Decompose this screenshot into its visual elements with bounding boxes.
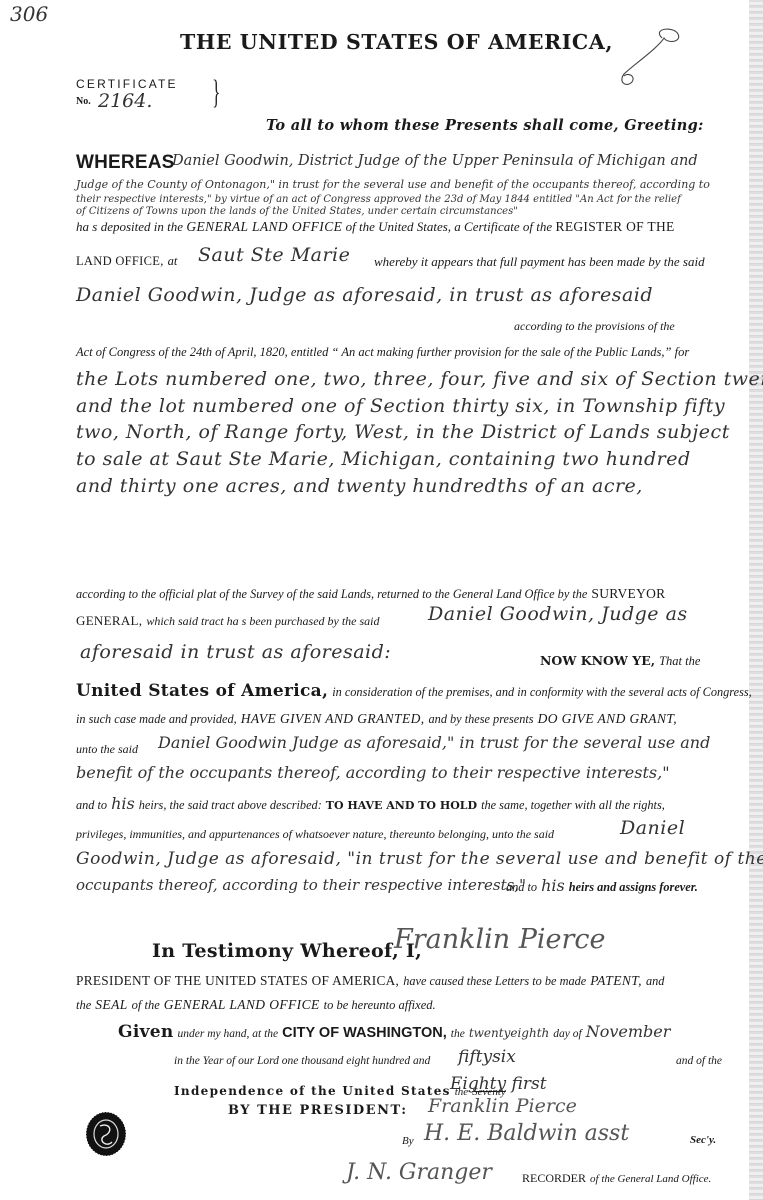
whereas-handwritten-1: Daniel Goodwin, District Judge of the Up… xyxy=(172,153,698,169)
grant-line-1: United States of America, in considerati… xyxy=(76,681,752,701)
testimony-line-2: the SEAL of the GENERAL LAND OFFICE to b… xyxy=(76,996,436,1014)
according-provisions: according to the provisions of the xyxy=(514,319,675,334)
grantee-handwritten-4: occupants thereof, according to their re… xyxy=(76,876,526,894)
act-of-congress-text: Act of Congress of the 24th of April, 18… xyxy=(76,345,689,360)
year-handwritten: fiftysix xyxy=(458,1047,516,1067)
grantee-handwritten-3a: Daniel xyxy=(620,817,685,839)
land-office-place: Saut Ste Marie xyxy=(198,244,350,266)
year-line: in the Year of our Lord one thousand eig… xyxy=(174,1055,430,1067)
purchaser-handwritten-2: aforesaid in trust as aforesaid: xyxy=(80,641,391,663)
survey-line-1: according to the official plat of the Su… xyxy=(76,585,665,603)
land-description-line-2: and the lot numbered one of Section thir… xyxy=(76,397,725,416)
independence-handwritten: Eighty first xyxy=(450,1074,547,1094)
certificate-label: CERTIFICATE xyxy=(76,77,178,91)
president-signature: Franklin Pierce xyxy=(394,924,606,955)
recorder-line: RECORDER of the General Land Office. xyxy=(522,1169,711,1187)
purchaser-handwritten-1: Daniel Goodwin, Judge as xyxy=(428,603,688,625)
testimony-gothic: In Testimony Whereof, I, xyxy=(152,940,422,962)
whereas-lead: WHEREAS xyxy=(76,152,175,174)
by-the-president: BY THE PRESIDENT: xyxy=(228,1103,408,1118)
certificate-number-label: No. xyxy=(76,96,91,107)
certificate-number: 2164. xyxy=(98,90,152,112)
grantee-handwritten-1: Daniel Goodwin Judge as aforesaid," in t… xyxy=(158,733,710,752)
land-description-line-5: and thirty one acres, and twenty hundred… xyxy=(76,477,643,496)
secretary-label: Sec'y. xyxy=(690,1134,716,1146)
land-office-line: LAND OFFICE, at xyxy=(76,252,177,270)
by-label: By xyxy=(402,1135,414,1147)
brace-icon: } xyxy=(212,76,220,110)
unto-said: unto the said xyxy=(76,742,138,757)
grantee-handwritten-3: Goodwin, Judge as aforesaid, "in trust f… xyxy=(76,849,763,869)
page-number: 306 xyxy=(10,2,48,26)
whereas-handwritten-2: Judge of the County of Ontonagon," in tr… xyxy=(76,178,710,191)
seal-icon xyxy=(84,1110,128,1158)
document-title: THE UNITED STATES OF AMERICA, xyxy=(180,30,613,54)
privileges-line: privileges, immunities, and appurtenance… xyxy=(76,827,554,842)
whereby-text: whereby it appears that full payment has… xyxy=(374,254,705,270)
land-description-line-4: to sale at Saut Ste Marie, Michigan, con… xyxy=(76,450,691,469)
recorder-signature: J. N. Granger xyxy=(346,1160,492,1185)
deposited-line: ha s deposited in the GENERAL LAND OFFIC… xyxy=(76,219,675,235)
greeting: To all to whom these Presents shall come… xyxy=(266,117,704,134)
flourish-mark-icon xyxy=(612,28,692,90)
now-know-ye: NOW KNOW YE, That the xyxy=(540,652,700,670)
president-signature-2: Franklin Pierce xyxy=(428,1095,577,1117)
whereas-handwritten-4: of Citizens of Towns upon the lands of t… xyxy=(76,206,518,217)
and-of-the: and of the xyxy=(676,1055,722,1067)
given-line: Given under my hand, at the CITY OF WASH… xyxy=(118,1022,670,1042)
survey-line-2: GENERAL, which said tract ha s been purc… xyxy=(76,612,380,630)
land-description-line-1: the Lots numbered one, two, three, four,… xyxy=(76,370,763,389)
secretary-signature: H. E. Baldwin asst xyxy=(424,1121,629,1146)
testimony-line-1: PRESIDENT OF THE UNITED STATES OF AMERIC… xyxy=(76,972,664,990)
to-have-line: and to his heirs, the said tract above d… xyxy=(76,794,665,814)
payer-handwritten: Daniel Goodwin, Judge as aforesaid, in t… xyxy=(76,284,653,306)
heirs-forever-line: and to his heirs and assigns forever. xyxy=(506,876,698,896)
grant-line-2: in such case made and provided, HAVE GIV… xyxy=(76,710,677,728)
scanned-page-edge xyxy=(749,0,763,1200)
land-description-line-3: two, North, of Range forty, West, in the… xyxy=(76,423,730,442)
whereas-handwritten-3: their respective interests," by virtue o… xyxy=(76,194,681,205)
grantee-handwritten-2: benefit of the occupants thereof, accord… xyxy=(76,763,670,782)
